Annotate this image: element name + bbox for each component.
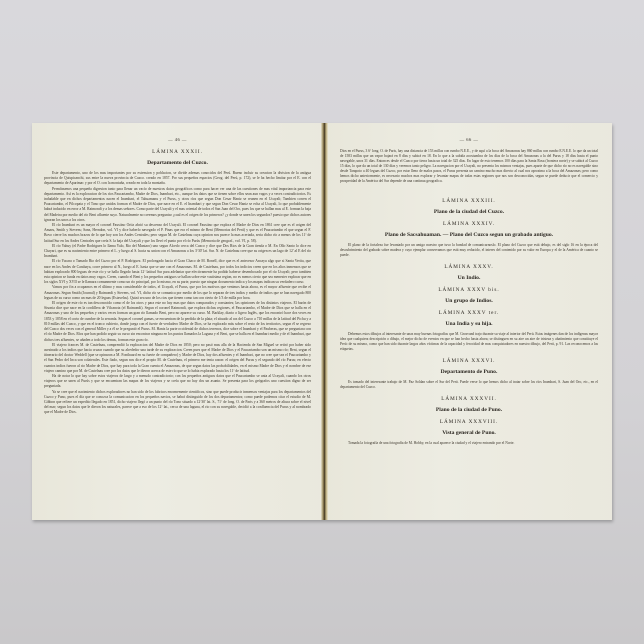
plate-heading: LÁMINA XXXVIII.: [340, 419, 598, 425]
section-title: Una India y su hija.: [340, 321, 598, 327]
plate-heading: LÁMINA XXXVII.: [340, 396, 598, 402]
page-number: — 66 —: [340, 137, 598, 142]
section-title: Plano de Sacsahuaman. — Plano del Cuzco …: [340, 232, 598, 238]
section-title: Departamento de Puno.: [340, 369, 598, 375]
plate-heading: LÁMINA XXXII.: [44, 149, 311, 155]
section-title: Plano de la ciudad de Puno.: [340, 407, 598, 413]
paragraph: Vamos por fin a ocuparnos en el último y…: [44, 285, 311, 301]
paragraph: El río Yucara o Tamado Rio del Cuzco por…: [44, 259, 311, 285]
plate-heading: LÁMINA XXXV ter.: [340, 310, 598, 316]
paragraph: El río Inambari es un mayor el coronel F…: [44, 223, 311, 244]
paragraph: El plano de la fortaleza fue levantado p…: [340, 243, 598, 258]
paragraph: Permítasenos una pequeña digresion tanto…: [44, 187, 311, 223]
plate-section: LÁMINA XXXIII.Plano de la ciudad del Cuz…: [340, 198, 598, 215]
plate-section: LÁMINA XXXVI.Departamento de Puno.Es tom…: [340, 358, 598, 390]
plate-section: LÁMINA XXXVII.Plano de la ciudad de Puno…: [340, 396, 598, 413]
plate-section: LÁMINA XXXVIII.Vista general de Puno.Tom…: [340, 419, 598, 446]
plate-heading: LÁMINA XXXVI.: [340, 358, 598, 364]
plate-sections: LÁMINA XXXIII.Plano de la ciudad del Cuz…: [340, 198, 598, 446]
left-page: — 46 — LÁMINA XXXII. Departamento del Cu…: [32, 123, 323, 520]
paragraph: El origen de este río es tan desconocido…: [44, 301, 311, 343]
plate-section: LÁMINA XXXV.Un Indio.: [340, 264, 598, 281]
paragraph: El río Yahuy (el Padre Rodriguez lo llam…: [44, 244, 311, 260]
book-gutter: [321, 123, 328, 520]
plate-section: LÁMINA XXXV ter.Una India y su hija.Debe…: [340, 310, 598, 352]
section-title: Departamento del Cuzco.: [44, 160, 311, 166]
section-title: Plano de la ciudad del Cuzco.: [340, 209, 598, 215]
paragraph: Es tomado del interesante trabajo de M. …: [340, 380, 598, 390]
plate-heading: LÁMINA XXXV.: [340, 264, 598, 270]
plate-heading: LÁMINA XXXIII.: [340, 198, 598, 204]
plate-section: LÁMINA XXXV bis.Un grupo de Indios.: [340, 287, 598, 304]
plate-section: LÁMINA XXXIV.Plano de Sacsahuaman. — Pla…: [340, 221, 598, 258]
section-title: Un grupo de Indios.: [340, 298, 598, 304]
paragraph: El viajero frances M. de Castelnau, comp…: [44, 343, 311, 374]
book-spread: — 46 — LÁMINA XXXII. Departamento del Cu…: [32, 123, 612, 520]
plate-heading: LÁMINA XXXV bis.: [340, 287, 598, 293]
plate-heading: LÁMINA XXXIV.: [340, 221, 598, 227]
section-title: Vista general de Puno.: [340, 430, 598, 436]
paragraph: Ya se cree que el nacimiento dichos expl…: [44, 390, 311, 416]
paragraph: Este departamento, uno de los mas import…: [44, 171, 311, 187]
paragraph: Ha de notar lo que hay sobre estos viaje…: [44, 374, 311, 390]
intro-paragraph: Dios en el Purus, 3 6º long. O. de Paris…: [340, 149, 598, 184]
paragraph: Debemos estos dibujos al interesante de …: [340, 332, 598, 352]
paragraph: Tomada la fotografía de una fotografía d…: [340, 441, 598, 446]
section-title: Un Indio.: [340, 275, 598, 281]
page-number: — 46 —: [44, 137, 311, 142]
right-page: — 66 — Dios en el Purus, 3 6º long. O. d…: [328, 123, 612, 520]
